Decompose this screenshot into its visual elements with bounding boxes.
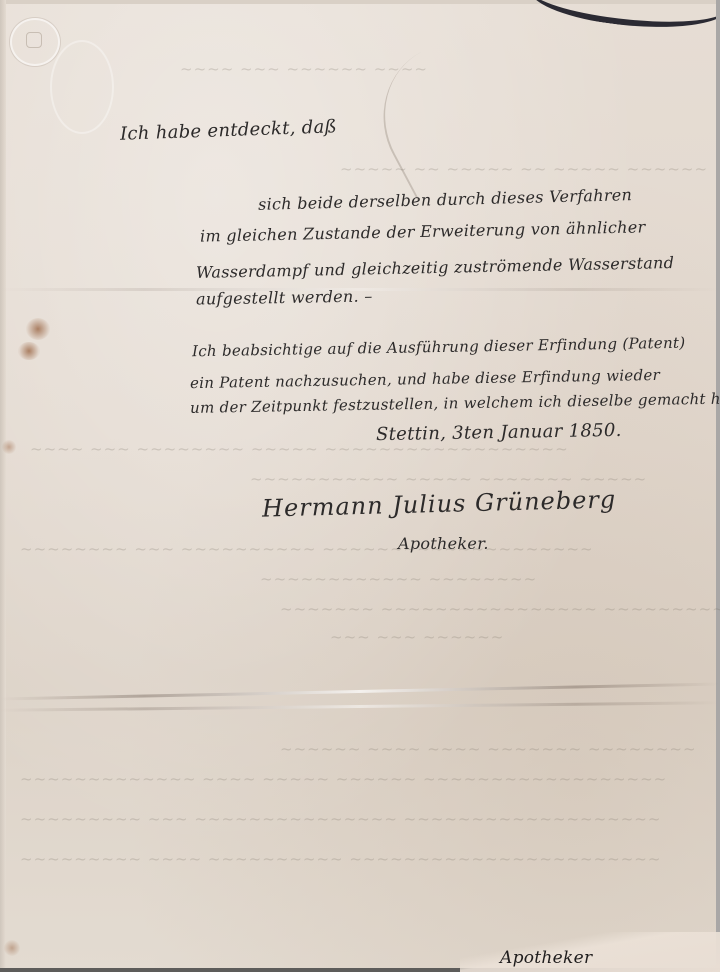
bleed-through-text: ~~~~~~~~~~~~~ ~~~~ ~~~~~ ~~~~~~ ~~~~~~~~… — [20, 770, 667, 780]
paragraph1-line: Wasserdampf und gleichzeitig zuströmende… — [196, 253, 675, 282]
embossed-seal-icon — [10, 18, 60, 66]
date-line: Stettin, 3ten Januar 1850. — [376, 420, 622, 445]
bleed-through-text: ~~~~~~~~ ~~~ ~~~~~~~~~~ ~~~~~~~~~~~~~~~~… — [20, 540, 594, 550]
signatory-title: Apotheker. — [398, 534, 489, 553]
bleed-through-text: ~~~~~~~~~ ~~~~ ~~~~~~~~~~ ~~~~~~~~~~~~~~… — [20, 850, 661, 860]
left-edge — [0, 0, 6, 972]
bleed-through-text: ~~~~~~~~~~~~ ~~~~~~~~ — [260, 570, 537, 580]
paragraph2-line: ein Patent nachzusuchen, und habe diese … — [190, 366, 660, 392]
ink-stain — [18, 342, 40, 360]
bottom-annotation: Apotheker — [500, 948, 592, 968]
paper-fold — [0, 682, 720, 700]
bleed-through-text: ~~~~~~~~~ ~~~ ~~~~~~~~~~~~~~~ ~~~~~~~~~~… — [20, 810, 661, 820]
curled-corner — [527, 0, 720, 40]
signature: Hermann Julius Grüneberg — [262, 485, 617, 522]
bleed-through-text: ~~~~ ~~~ ~~~~~~ ~~~~ — [180, 60, 428, 70]
paragraph1-line: sich beide derselben durch dieses Verfah… — [258, 185, 633, 214]
bleed-through-text: ~~~~~~ ~~~~ ~~~~ ~~~~~~~ ~~~~~~~~ — [280, 740, 697, 750]
bleed-through-text: ~~~~~~~~~~~ ~~~~~ ~~~~~~~ ~~~~~ — [250, 470, 647, 480]
opening-line: Ich habe entdeckt, daß — [120, 116, 338, 145]
bleed-through-text: ~~~~~~~ ~~~~~~~~~~~~~~~~ ~~~~~~~~~~~~ — [280, 600, 720, 610]
right-edge — [716, 0, 720, 972]
seal-center — [26, 32, 42, 48]
ink-stain — [4, 940, 20, 956]
ink-stain — [2, 440, 16, 454]
document-page: ~~~~ ~~~ ~~~~~~ ~~~~ ~~~~~ ~~ ~~~~~ ~~ ~… — [0, 0, 720, 972]
ink-stain — [26, 318, 50, 340]
paper-fold — [0, 701, 720, 712]
bleed-through-text: ~~~~~ ~~ ~~~~~ ~~ ~~~~~ ~~~~~~ — [340, 160, 708, 170]
paragraph1-line: im gleichen Zustande der Erweiterung von… — [200, 217, 646, 245]
bleed-through-text: ~~~ ~~~ ~~~~~~ — [330, 628, 504, 638]
emboss-mark — [50, 40, 114, 134]
paragraph2-line: um der Zeitpunkt festzustellen, in welch… — [190, 389, 720, 417]
paragraph2-line: Ich beabsichtige auf die Ausführung dies… — [192, 334, 686, 361]
paragraph1-line: aufgestellt werden. – — [196, 286, 373, 308]
